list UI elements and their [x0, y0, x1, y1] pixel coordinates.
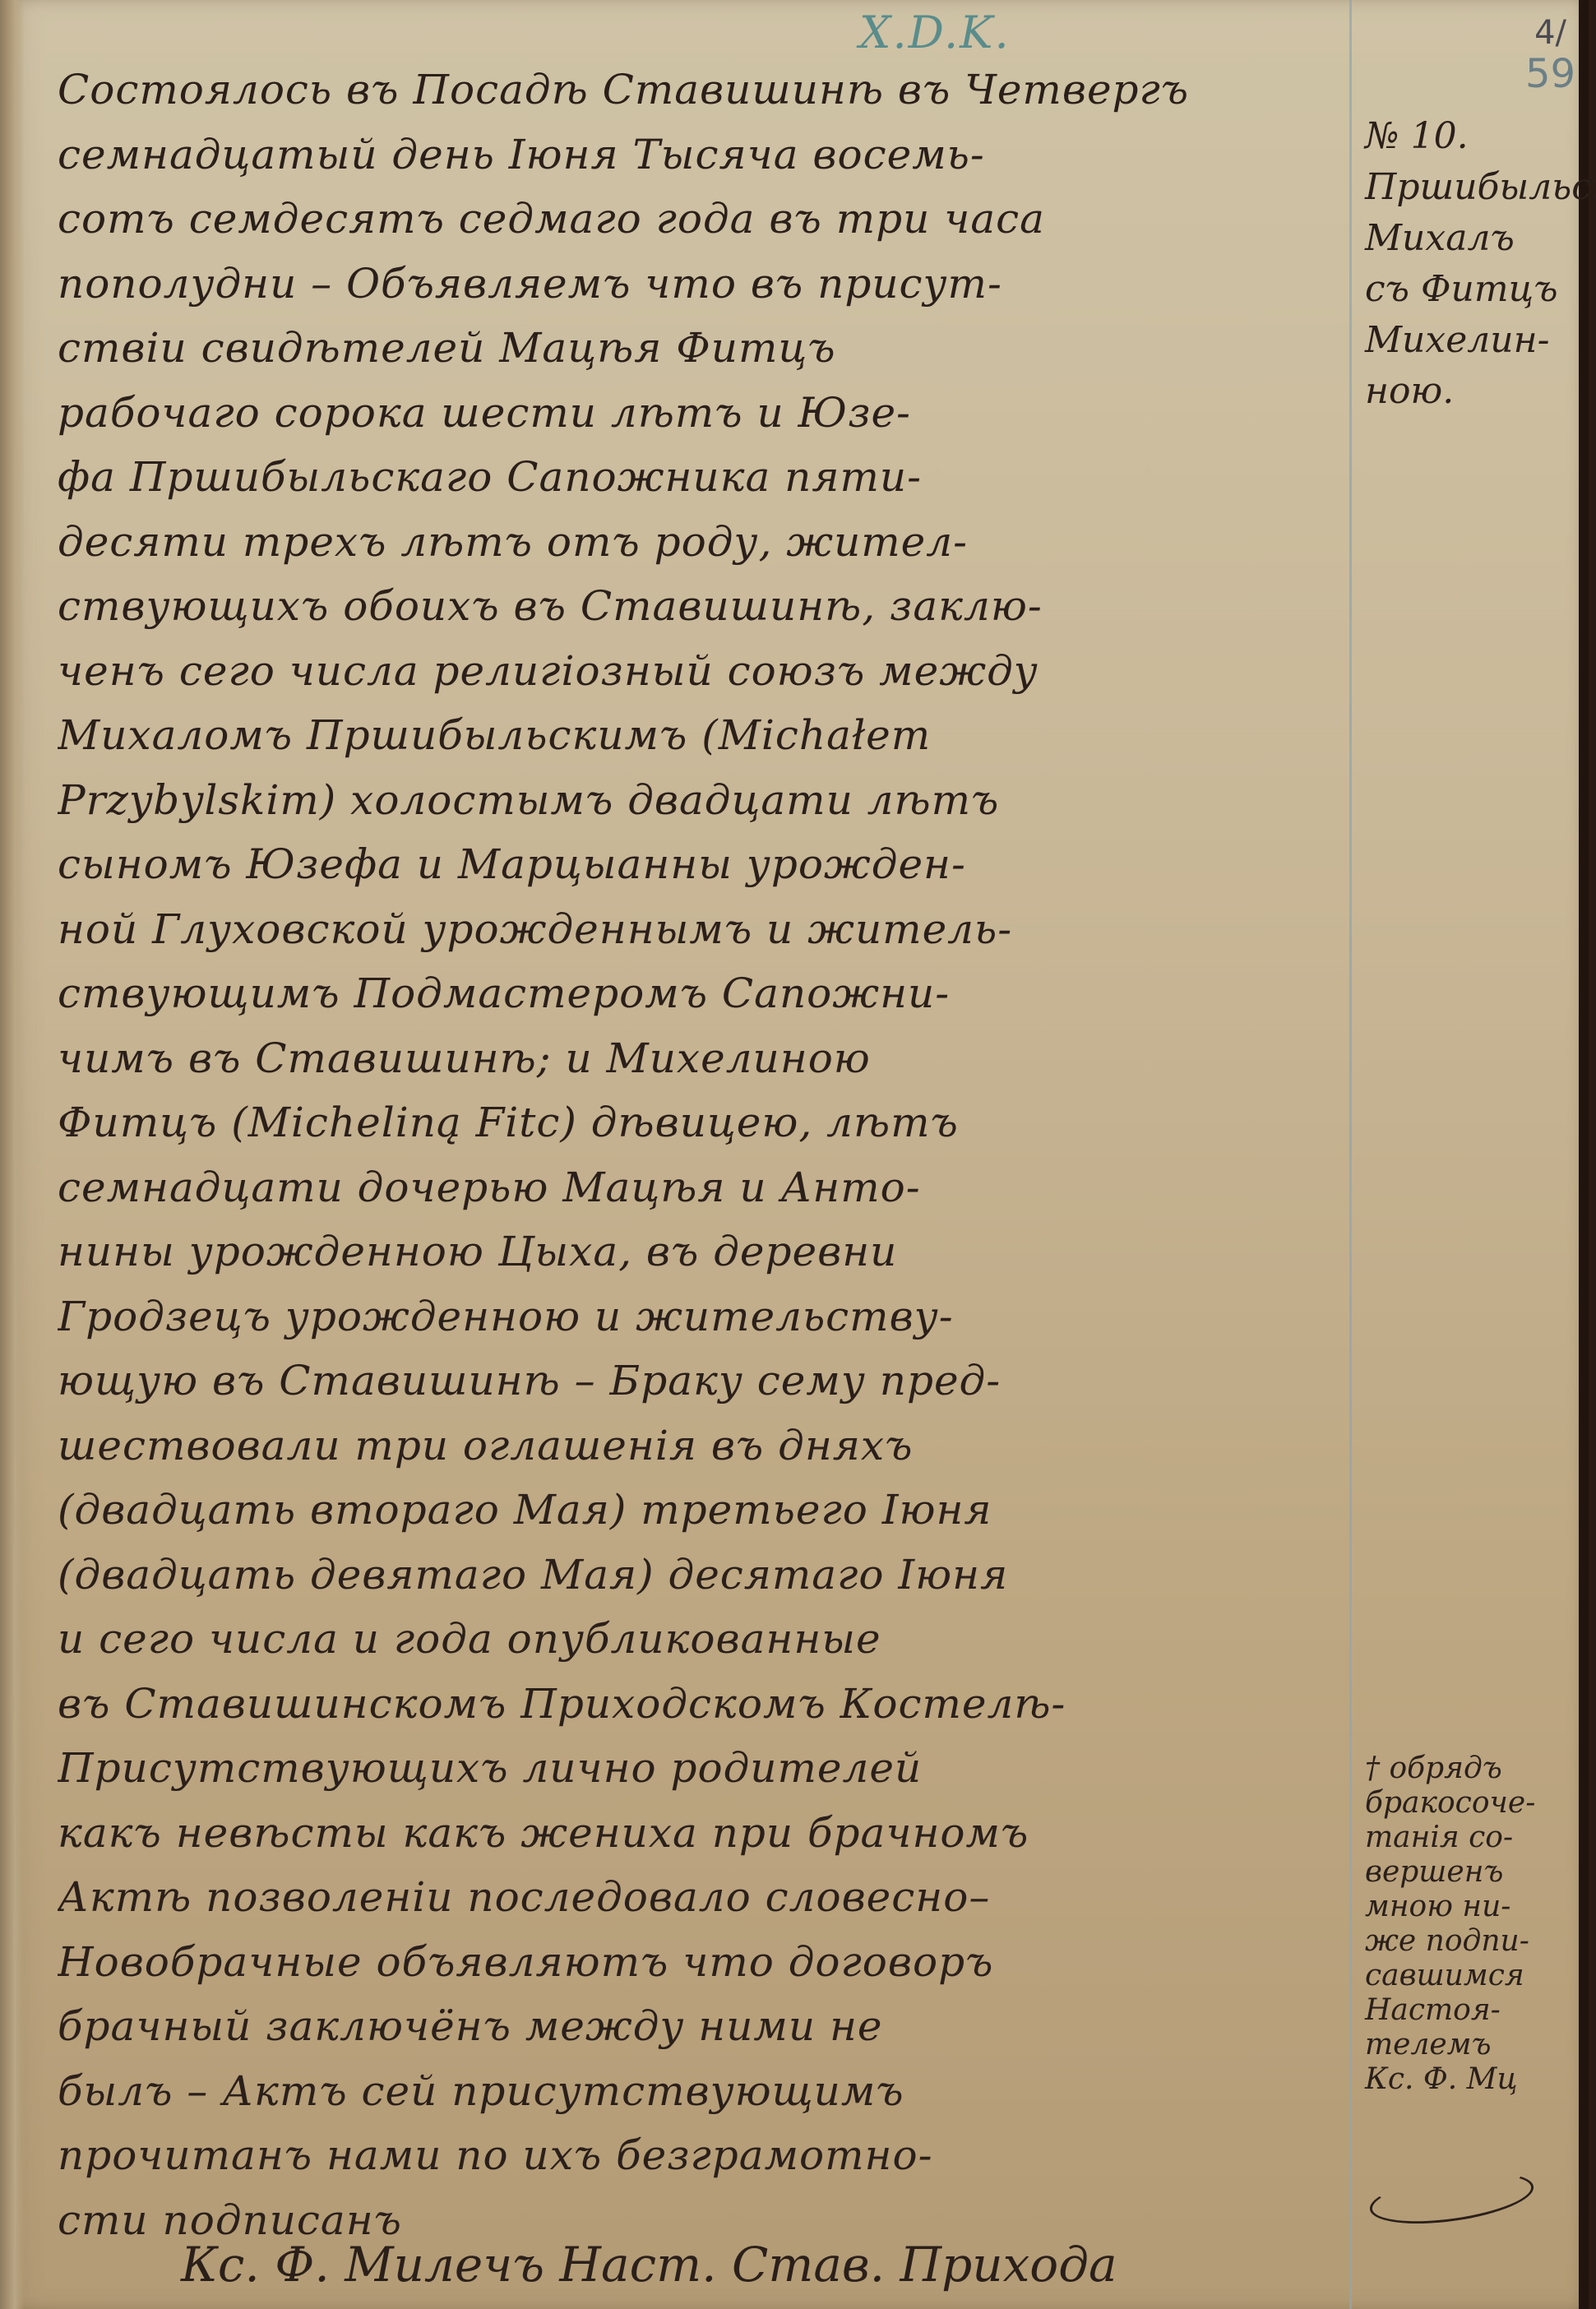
priest-signature: Кс. Ф. Милечъ Наст. Став. Прихода	[181, 2237, 1117, 2293]
body-line: шествовали три оглашенія въ дняхъ	[58, 1414, 1340, 1478]
body-line: (двадцать втораго Мая) третьего Іюня	[58, 1478, 1340, 1543]
body-line: какъ невѣсты какъ жениха при брачномъ	[58, 1801, 1340, 1866]
margin-line: савшимся	[1365, 1959, 1571, 1993]
body-line: ченъ сего числа религіозный союзъ между	[58, 639, 1340, 704]
body-line: рабочаго сорока шести лѣтъ и Юзе-	[58, 381, 1340, 446]
margin-line: же подпи-	[1365, 1924, 1571, 1959]
margin-line: танія со-	[1365, 1821, 1571, 1855]
body-line: брачный заключёнъ между ними не	[58, 1994, 1340, 2059]
page-gutter-edge	[0, 0, 25, 2309]
margin-ceremony-note: † обрядъ бракосоче- танія со- вершенъ мн…	[1365, 1751, 1571, 2097]
body-line: ющую въ Ставишинѣ – Браку сему пред-	[58, 1349, 1340, 1414]
margin-line: вершенъ	[1365, 1855, 1571, 1890]
body-line: прочитанъ нами по ихъ безграмотно-	[58, 2123, 1340, 2188]
margin-rule-line	[1349, 0, 1352, 2309]
folio-top: 4/	[1525, 12, 1575, 53]
body-line: (двадцать девятаго Мая) десятаго Іюня	[58, 1543, 1340, 1608]
book-binding-edge	[1579, 0, 1589, 2309]
document-page: X.D.K. 4/ 59 Состоялось въ Посадѣ Ставиш…	[0, 0, 1589, 2309]
body-line: ствующихъ обоихъ въ Ставишинѣ, заклю-	[58, 574, 1340, 639]
body-line: Актѣ позволеніи последовало словесно–	[58, 1865, 1340, 1930]
body-line: семнадцатый день Іюня Тысяча восемь-	[58, 123, 1340, 187]
body-line: чимъ въ Ставишинѣ; и Михелиною	[58, 1026, 1340, 1091]
body-line: Состоялось въ Посадѣ Ставишинѣ въ Четвер…	[58, 58, 1340, 123]
body-line: Przybylskim) холостымъ двадцати лѣтъ	[58, 768, 1340, 833]
body-line: десяти трехъ лѣтъ отъ роду, жител-	[58, 510, 1340, 575]
body-line: ной Глуховской урожденнымъ и житель-	[58, 897, 1340, 962]
body-line: былъ – Актъ сей присутствующимъ	[58, 2059, 1340, 2124]
body-line: сотъ семдесятъ седмаго года въ три часа	[58, 187, 1340, 252]
archive-stamp: X.D.K.	[859, 7, 1011, 58]
margin-line: Михелин-	[1365, 315, 1571, 366]
body-line: фа Пршибыльскаго Сапожника пяти-	[58, 445, 1340, 510]
margin-line: Кс. Ф. Мц	[1365, 2062, 1571, 2097]
margin-line: телемъ	[1365, 2028, 1571, 2062]
record-body: Состоялось въ Посадѣ Ставишинѣ въ Четвер…	[58, 58, 1340, 2252]
body-line: Присутствующихъ лично родителей	[58, 1736, 1340, 1801]
margin-line: † обрядъ	[1365, 1751, 1571, 1786]
body-line: нины урожденною Цыха, въ деревни	[58, 1219, 1340, 1284]
body-line: Новобрачные объявляютъ что договоръ	[58, 1930, 1340, 1995]
margin-line: съ Фитцъ	[1365, 264, 1571, 315]
body-line: ствіи свидѣтелей Мацѣя Фитцъ	[58, 316, 1340, 381]
body-line: семнадцати дочерью Мацѣя и Анто-	[58, 1155, 1340, 1220]
signature-flourish	[1367, 2163, 1537, 2232]
body-line: пополудни – Объявляемъ что въ присут-	[58, 252, 1340, 317]
folio-page-number: 59	[1525, 53, 1575, 95]
body-line: ствующимъ Подмастеромъ Сапожни-	[58, 961, 1340, 1026]
margin-line: Настоя-	[1365, 1993, 1571, 2028]
margin-entry-number-names: № 10. Пршибыльски Михалъ съ Фитцъ Михели…	[1365, 111, 1571, 417]
folio-number: 4/ 59	[1525, 12, 1575, 95]
margin-line: Михалъ	[1365, 213, 1571, 264]
body-line: Фитцъ (Micheliną Fitc) дѣвицею, лѣтъ	[58, 1090, 1340, 1155]
body-line: сыномъ Юзефа и Марцыанны урожден-	[58, 832, 1340, 897]
body-line: Гродзецъ урожденною и жительству-	[58, 1284, 1340, 1349]
margin-line: № 10.	[1365, 111, 1571, 162]
body-line: и сего числа и года опубликованные	[58, 1607, 1340, 1672]
body-line: Михаломъ Пршибыльскимъ (Michałem	[58, 703, 1340, 768]
body-line: въ Ставишинскомъ Приходскомъ Костелѣ-	[58, 1672, 1340, 1737]
margin-line: бракосоче-	[1365, 1786, 1571, 1821]
margin-line: Пршибыльски	[1365, 162, 1571, 213]
margin-line: ною.	[1365, 366, 1571, 417]
margin-line: мною ни-	[1365, 1890, 1571, 1924]
